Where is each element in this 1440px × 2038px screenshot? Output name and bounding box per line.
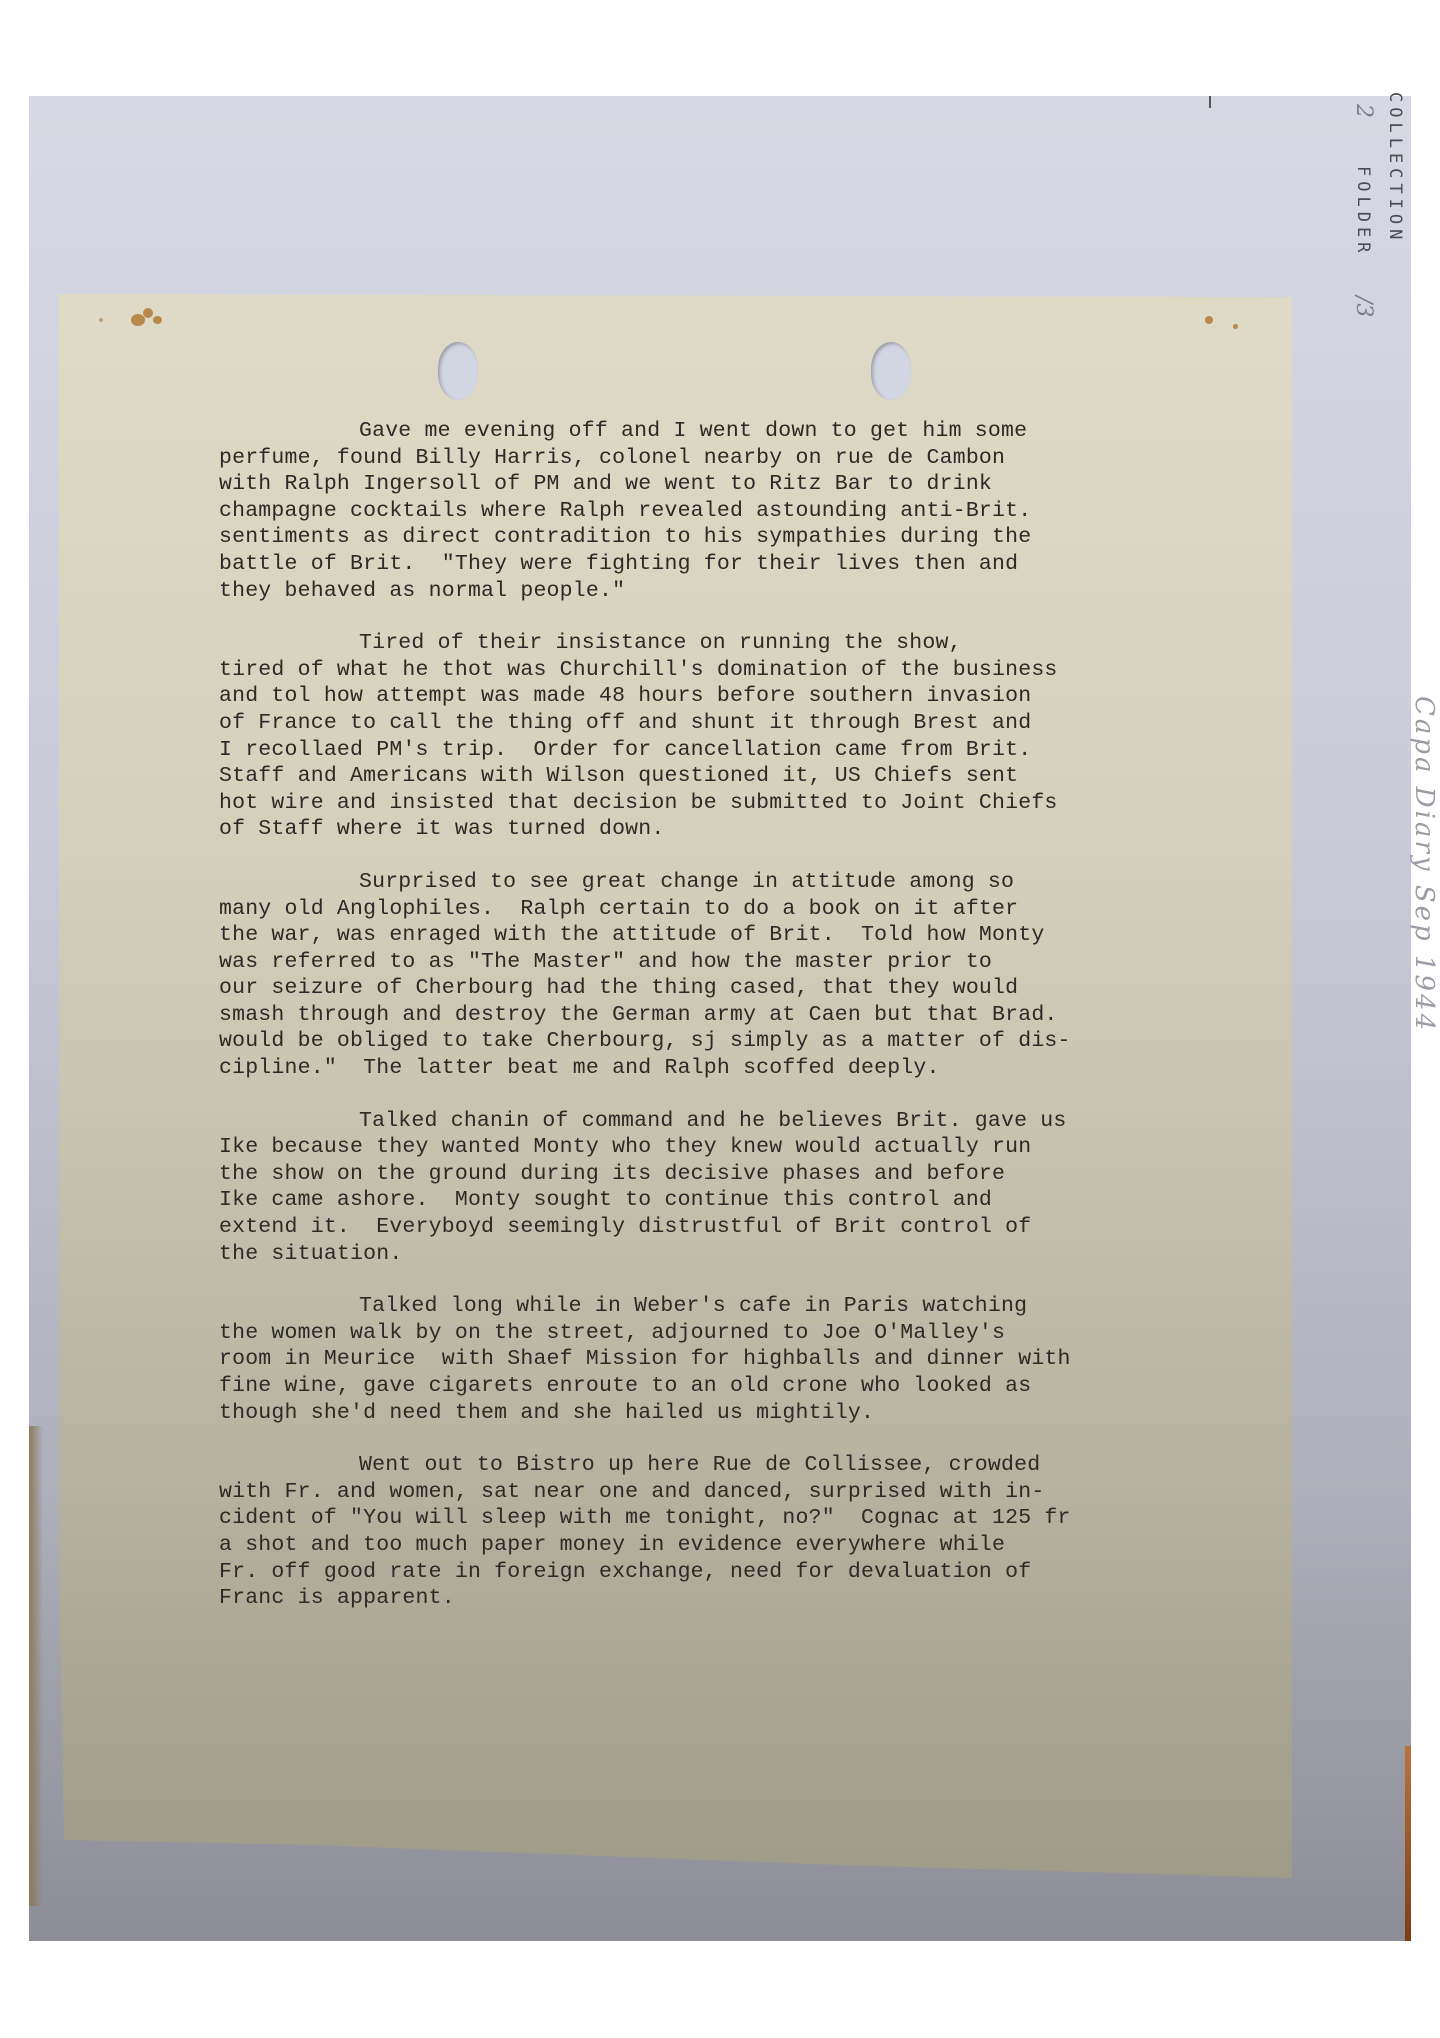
punch-hole-left xyxy=(438,342,478,400)
text-line: the situation. xyxy=(219,1241,1229,1268)
text-line: room in Meurice with Shaef Mission for h… xyxy=(219,1346,1229,1373)
text-line: sentiments as direct contradition to his… xyxy=(219,524,1229,551)
folder-label: COLLECTION FOLDER 2 /3 xyxy=(1347,96,1417,346)
text-line: a shot and too much paper money in evide… xyxy=(219,1532,1229,1559)
text-line: hot wire and insisted that decision be s… xyxy=(219,790,1229,817)
text-line: Talked chanin of command and he believes… xyxy=(219,1108,1229,1135)
text-line: perfume, found Billy Harris, colonel nea… xyxy=(219,445,1229,472)
text-line: battle of Brit. "They were fighting for … xyxy=(219,551,1229,578)
text-line: Franc is apparent. xyxy=(219,1585,1229,1612)
handwritten-margin-note: Capa Diary Sep 1944 xyxy=(1409,696,1439,1033)
text-line: extend it. Everyboyd seemingly distrustf… xyxy=(219,1214,1229,1241)
text-line: many old Anglophiles. Ralph certain to d… xyxy=(219,896,1229,923)
text-line: with Ralph Ingersoll of PM and we went t… xyxy=(219,471,1229,498)
paragraph-2: Tired of their insistance on running the… xyxy=(219,630,1229,843)
text-line: the show on the ground during its decisi… xyxy=(219,1161,1229,1188)
text-line: I recollaed PM's trip. Order for cancell… xyxy=(219,737,1229,764)
punch-hole-right xyxy=(871,342,911,400)
rust-stain xyxy=(1205,316,1213,324)
folder-label-folder: FOLDER xyxy=(1353,166,1373,257)
text-line: Fr. off good rate in foreign exchange, n… xyxy=(219,1559,1229,1586)
text-line: would be obliged to take Cherbourg, sj s… xyxy=(219,1028,1229,1055)
paragraph-1: Gave me evening off and I went down to g… xyxy=(219,418,1229,604)
text-line: though she'd need them and she hailed us… xyxy=(219,1400,1229,1427)
typed-text: Gave me evening off and I went down to g… xyxy=(219,418,1229,1638)
rust-stain xyxy=(99,318,103,322)
paragraph-6: Went out to Bistro up here Rue de Collis… xyxy=(219,1452,1229,1612)
text-line: champagne cocktails where Ralph revealed… xyxy=(219,498,1229,525)
folder-edge xyxy=(1405,1746,1411,1941)
rust-stain xyxy=(153,316,162,324)
text-line: of France to call the thing off and shun… xyxy=(219,710,1229,737)
text-line: Gave me evening off and I went down to g… xyxy=(219,418,1229,445)
text-line: the war, was enraged with the attitude o… xyxy=(219,922,1229,949)
text-line: Ike because they wanted Monty who they k… xyxy=(219,1134,1229,1161)
text-line: Tired of their insistance on running the… xyxy=(219,630,1229,657)
text-line: and tol how attempt was made 48 hours be… xyxy=(219,683,1229,710)
text-line: fine wine, gave cigarets enroute to an o… xyxy=(219,1373,1229,1400)
handwritten-folder-number: /3 xyxy=(1351,296,1376,317)
text-line: our seizure of Cherbourg had the thing c… xyxy=(219,975,1229,1002)
paragraph-3: Surprised to see great change in attitud… xyxy=(219,869,1229,1082)
text-line: Ike came ashore. Monty sought to continu… xyxy=(219,1187,1229,1214)
text-line: Went out to Bistro up here Rue de Collis… xyxy=(219,1452,1229,1479)
text-line: Staff and Americans with Wilson question… xyxy=(219,763,1229,790)
text-line: they behaved as normal people." xyxy=(219,578,1229,605)
text-line: cipline." The latter beat me and Ralph s… xyxy=(219,1055,1229,1082)
folder-mark xyxy=(1209,96,1211,108)
handwritten-collection-number: 2 xyxy=(1351,104,1376,118)
rust-stain xyxy=(143,308,153,318)
typed-page: Gave me evening off and I went down to g… xyxy=(59,294,1292,1878)
text-line: smash through and destroy the German arm… xyxy=(219,1002,1229,1029)
text-line: with Fr. and women, sat near one and dan… xyxy=(219,1479,1229,1506)
paragraph-5: Talked long while in Weber's cafe in Par… xyxy=(219,1293,1229,1426)
rust-stain xyxy=(1233,324,1238,329)
paragraph-4: Talked chanin of command and he believes… xyxy=(219,1108,1229,1268)
folder-shadow xyxy=(29,1426,43,1906)
text-line: Talked long while in Weber's cafe in Par… xyxy=(219,1293,1229,1320)
text-line: Surprised to see great change in attitud… xyxy=(219,869,1229,896)
text-line: was referred to as "The Master" and how … xyxy=(219,949,1229,976)
text-line: the women walk by on the street, adjourn… xyxy=(219,1320,1229,1347)
text-line: cident of "You will sleep with me tonigh… xyxy=(219,1505,1229,1532)
text-line: tired of what he thot was Churchill's do… xyxy=(219,657,1229,684)
text-line: of Staff where it was turned down. xyxy=(219,816,1229,843)
folder-label-collection: COLLECTION xyxy=(1385,92,1405,244)
